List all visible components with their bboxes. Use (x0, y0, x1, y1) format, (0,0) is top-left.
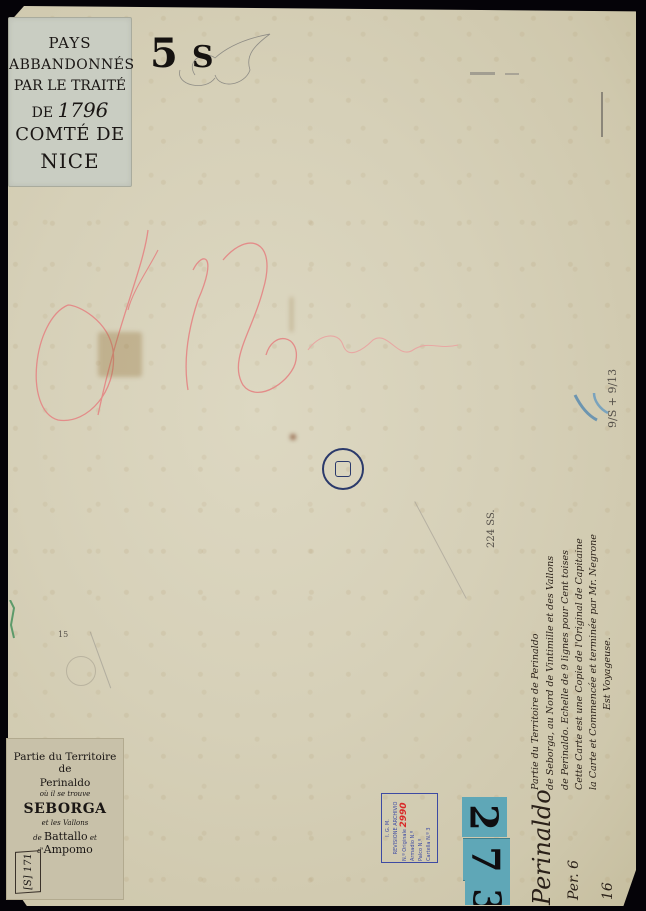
number-tile: 2 (462, 797, 507, 837)
shelf-letter: S (192, 40, 228, 75)
bottom-label: Partie du Territoire de Perinaldo où il … (6, 738, 124, 900)
stamp-line5: Palco N.º (417, 795, 425, 861)
top-label: PAYS ABBANDONNÉS PAR LE TRAITÉ DE 1796 C… (8, 17, 132, 187)
inscription-corner-num: 16 (600, 882, 616, 900)
top-label-line2: ABBANDONNÉS (9, 57, 131, 73)
reference-box: [S] 171 (15, 850, 41, 894)
top-label-line6: NICE (9, 149, 131, 173)
inscription-line: de Seborga, au Nord de Vintimille et des… (545, 556, 556, 790)
top-label-line4: DE 1796 (9, 98, 131, 122)
stamp-line1: I. G. M. (384, 795, 392, 861)
bottom-label-line5: et les Vallons (7, 819, 123, 827)
pencil-note-ss: 224 SS. (486, 509, 497, 548)
inscription-line: Partie du Territoire de Perinaldo (530, 634, 541, 791)
faint-circle (66, 656, 96, 686)
pencil-dash (505, 73, 519, 75)
library-stamp (322, 448, 364, 490)
year: 1796 (58, 98, 109, 122)
inscription-title: Perinaldo (528, 789, 556, 905)
original-number: 2990 (399, 802, 409, 827)
green-mark (8, 600, 16, 640)
archive-revision-stamp: I. G. M. REVISIONE ARCHIVIO N.º Original… (381, 793, 438, 863)
top-label-line5: COMTÉ DE (9, 124, 131, 145)
inscription-line: Est Voyageuse. (602, 637, 613, 710)
red-pencil-signature (18, 210, 478, 430)
number-tile: 7 (463, 838, 510, 881)
inscription-line: de Perinaldo. Echelle de 9 lignes pour C… (560, 550, 571, 790)
paper-stain (290, 434, 296, 440)
pencil-note-left: 15 (58, 630, 68, 639)
inscription-corner-ref: Per. 6 (566, 860, 582, 900)
stamp-line6: Cartella N.º 3 (425, 795, 433, 861)
bottom-label-line1: Partie du Territoire de (7, 751, 123, 775)
shelf-code: 5S (150, 30, 228, 77)
bottom-label-line2: Perinaldo (7, 777, 123, 789)
pencil-tick (601, 92, 603, 137)
bottom-label-line3: où il se trouve (7, 790, 123, 798)
inscription-line: la Carte et Commencée et terminée par Mr… (588, 534, 599, 790)
pencil-dash (470, 72, 495, 75)
blue-ink-mark (572, 393, 612, 423)
number-tile: 3 (465, 879, 510, 905)
shelf-number: 5 (150, 30, 192, 77)
inscription-line: Cette Carte est une Copie de l'Original … (574, 538, 585, 790)
top-label-line1: PAYS (9, 34, 131, 52)
stamp-line4: Armadio N.º (409, 795, 417, 861)
paper-stain (290, 297, 293, 332)
top-label-line3: PAR LE TRAITÉ (9, 78, 131, 94)
paper-stain (98, 332, 142, 377)
bottom-label-line4: SEBORGA (7, 801, 123, 817)
stamp-emblem-icon (335, 461, 351, 477)
stamp-line3: N.º Originale 2990 (400, 795, 409, 861)
